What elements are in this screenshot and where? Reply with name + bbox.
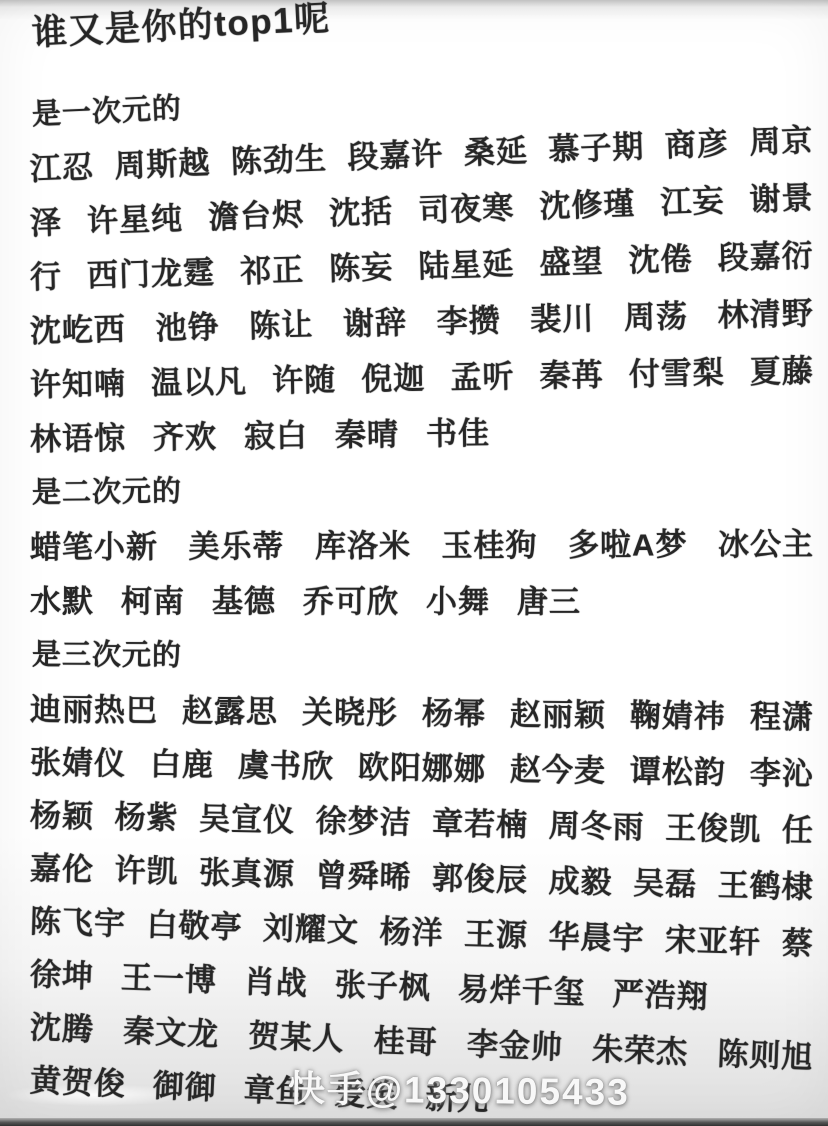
- name-item: 郭俊辰: [432, 861, 529, 899]
- name-item: 寂白: [244, 418, 308, 455]
- name-item: 孟听: [450, 359, 515, 396]
- name-item: 周京: [749, 123, 814, 161]
- name-item: 迪丽热巴: [30, 692, 158, 729]
- name-item: 沈修瑾: [539, 186, 636, 225]
- name-item: 关晓彤: [302, 695, 398, 732]
- name-item: 基德: [212, 584, 276, 620]
- name-item: 赵露思: [182, 694, 278, 731]
- name-line: 徐坤王一博肖战张子枫易烊千玺严浩翔: [29, 957, 814, 1019]
- name-line: 杨颖杨紫吴宣仪徐梦洁章若楠周冬雨王俊凯任: [30, 798, 815, 849]
- name-line: 蜡笔小新美乐蒂库洛米玉桂狗多啦A梦冰公主: [30, 527, 814, 566]
- name-item: 倪迦: [361, 361, 426, 398]
- name-item: 夏藤: [750, 354, 815, 391]
- name-item: 西门龙霆: [87, 255, 216, 295]
- name-item: 黄贺俊: [29, 1063, 126, 1103]
- name-item: 白敬亭: [146, 907, 243, 946]
- name-item: 李沁: [750, 756, 815, 793]
- section-label-2d: 是二次元的: [32, 469, 814, 510]
- name-item: 徐坤: [29, 957, 94, 995]
- name-item: 鞠婧祎: [630, 698, 726, 735]
- name-item: 谭松韵: [630, 754, 727, 791]
- name-item: 谢辞: [343, 305, 408, 342]
- name-item: 温以凡: [151, 364, 248, 402]
- name-item: 祁正: [240, 252, 305, 290]
- name-item: 陈飞宇: [29, 904, 126, 943]
- name-line: 江忍周斯越陈劲生段嘉许桑延慕子期商彦周京: [29, 123, 814, 188]
- name-line: 林语惊齐欢寂白秦晴书佳: [30, 411, 814, 458]
- name-item: 易烊千玺: [457, 971, 586, 1011]
- name-line: 行西门龙霆祁正陈妄陆星延盛望沈倦段嘉衍: [29, 238, 814, 296]
- name-item: 江忍: [29, 150, 94, 188]
- name-item: 华晨宇: [548, 919, 645, 958]
- name-item: 冰公主: [718, 527, 814, 563]
- name-line: 水默柯南基德乔可欣小舞唐三: [30, 584, 814, 621]
- name-item: 慕子期: [548, 129, 645, 169]
- text-content: 谁又是你的top1呢 是一次元的 江忍周斯越陈劲生段嘉许桑延慕子期商彦周京 泽许…: [0, 0, 828, 1126]
- name-item: 柯南: [121, 584, 185, 620]
- name-item: 刘耀文: [263, 911, 360, 950]
- name-item: 裴川: [530, 301, 595, 338]
- meme-image-root: 谁又是你的top1呢 是一次元的 江忍周斯越陈劲生段嘉许桑延慕子期商彦周京 泽许…: [0, 0, 828, 1126]
- name-item: 贺某人: [248, 1018, 345, 1058]
- name-item: 白鹿: [150, 747, 215, 784]
- name-line: 沈屹西池铮陈让谢辞李攒裴川周荡林清野: [30, 296, 815, 350]
- name-item: 沈腾: [29, 1010, 94, 1048]
- name-item: 张婧仪: [30, 745, 127, 782]
- name-item: 书佳: [426, 416, 490, 453]
- name-item: 段嘉衍: [717, 238, 814, 277]
- name-item: 虞书欣: [238, 748, 335, 785]
- name-item: 王源: [464, 917, 529, 955]
- name-item: 杨紫: [114, 800, 179, 837]
- name-item: 章若楠: [432, 806, 529, 844]
- name-item: 宋亚轩: [665, 922, 762, 961]
- name-item: 许随: [272, 362, 337, 399]
- name-item: 张真源: [199, 855, 296, 893]
- name-item: 谢景: [749, 180, 814, 218]
- name-item: 杨幂: [422, 696, 486, 733]
- name-item: 王俊凯: [665, 810, 762, 848]
- name-item: 付雪梨: [628, 355, 725, 393]
- name-item: 陈则旭: [717, 1036, 814, 1076]
- name-item: 商彦: [664, 126, 729, 164]
- name-item: 澹台烬: [208, 197, 305, 236]
- name-item: 张子枫: [334, 967, 431, 1006]
- bottom-edge-band: [0, 1118, 828, 1126]
- name-item: 曾舜晞: [315, 858, 412, 896]
- name-item: 池铮: [155, 310, 220, 347]
- name-item: 嘉伦: [30, 851, 95, 889]
- name-item: 周荡: [624, 299, 689, 336]
- kuaishou-watermark: 快手@1330105433: [288, 1058, 630, 1116]
- name-item: 赵丽颖: [510, 697, 606, 734]
- name-item: 赵今麦: [510, 752, 607, 789]
- name-item: 杨洋: [379, 914, 444, 952]
- name-item: 杨颖: [30, 798, 95, 835]
- name-item: 周斯越: [114, 145, 211, 185]
- name-item: 林语惊: [30, 421, 126, 458]
- name-item: 桂哥: [373, 1023, 438, 1061]
- name-item: 盛望: [539, 244, 604, 282]
- name-item: 严浩翔: [612, 977, 709, 1016]
- name-item: 程潇: [750, 699, 814, 736]
- name-item: 江妄: [660, 183, 725, 221]
- name-item: 欧阳娜娜: [358, 750, 487, 788]
- section-label-3d: 是三次元的: [32, 638, 814, 676]
- name-item: 蔡: [781, 926, 814, 963]
- name-line: 许知喃温以凡许随倪迦孟听秦苒付雪梨夏藤: [30, 354, 815, 404]
- name-item: 沈倦: [628, 241, 693, 279]
- name-item: 库洛米: [315, 528, 411, 564]
- name-item: 成毅: [548, 864, 613, 902]
- name-item: 许星纯: [87, 201, 184, 240]
- name-item: 沈括: [329, 194, 394, 232]
- name-item: 蜡笔小新: [30, 529, 158, 566]
- name-item: 许知喃: [30, 366, 127, 404]
- page-title: 谁又是你的top1呢: [31, 0, 814, 54]
- name-item: 秦苒: [539, 357, 604, 394]
- name-item: 齐欢: [153, 419, 217, 456]
- name-item: 陈劲生: [230, 141, 327, 181]
- section-1d: 是一次元的 江忍周斯越陈劲生段嘉许桑延慕子期商彦周京 泽许星纯澹台烬沈括司夜寒沈…: [30, 98, 814, 458]
- name-item: 小舞: [426, 584, 490, 620]
- name-item: 许凯: [114, 853, 179, 891]
- name-item: 王鹤棣: [717, 868, 814, 906]
- name-item: 多啦A梦: [568, 527, 688, 563]
- name-item: 王一博: [120, 960, 217, 999]
- name-item: 唐三: [517, 584, 581, 620]
- name-item: 徐梦洁: [315, 804, 412, 842]
- section-label-1d: 是一次元的: [31, 65, 814, 132]
- name-item: 周冬雨: [548, 808, 645, 846]
- name-line: 陈飞宇白敬亭刘耀文杨洋王源华晨宇宋亚轩蔡: [29, 904, 814, 963]
- name-item: 美乐蒂: [188, 529, 284, 565]
- name-item: 水默: [30, 584, 94, 620]
- name-item: 司夜寒: [418, 190, 515, 229]
- name-item: 任: [781, 813, 814, 850]
- name-item: 吴磊: [633, 866, 698, 904]
- name-line: 张婧仪白鹿虞书欣欧阳娜娜赵今麦谭松韵李沁: [30, 745, 814, 793]
- name-line: 迪丽热巴赵露思关晓彤杨幂赵丽颖鞠婧祎程潇: [30, 692, 814, 736]
- name-line: 泽许星纯澹台烬沈括司夜寒沈修瑾江妄谢景: [29, 180, 814, 242]
- name-item: 陈妄: [329, 250, 394, 288]
- name-item: 桑延: [463, 133, 528, 171]
- name-item: 玉桂狗: [441, 528, 537, 564]
- name-item: 秦文龙: [123, 1014, 220, 1054]
- name-item: 泽: [29, 205, 62, 242]
- name-item: 陈让: [249, 307, 314, 344]
- name-item: 御御: [152, 1068, 217, 1107]
- name-item: 段嘉许: [347, 137, 444, 177]
- name-item: 行: [29, 259, 62, 296]
- name-item: 李攒: [436, 303, 501, 340]
- name-item: 秦晴: [335, 417, 399, 454]
- name-item: 沈屹西: [30, 312, 127, 350]
- name-item: 林清野: [717, 296, 814, 334]
- section-3d: 是三次元的 迪丽热巴赵露思关晓彤杨幂赵丽颖鞠婧祎程潇 张婧仪白鹿虞书欣欧阳娜娜赵…: [30, 638, 814, 1099]
- section-2d: 是二次元的 蜡笔小新美乐蒂库洛米玉桂狗多啦A梦冰公主 水默柯南基德乔可欣小舞唐三: [30, 476, 814, 620]
- name-line: 嘉伦许凯张真源曾舜晞郭俊辰成毅吴磊王鹤棣: [30, 851, 815, 906]
- name-item: 陆星延: [418, 246, 515, 285]
- name-item: 吴宣仪: [199, 801, 296, 839]
- name-item: 肖战: [243, 964, 308, 1002]
- name-item: 乔可欣: [303, 584, 399, 620]
